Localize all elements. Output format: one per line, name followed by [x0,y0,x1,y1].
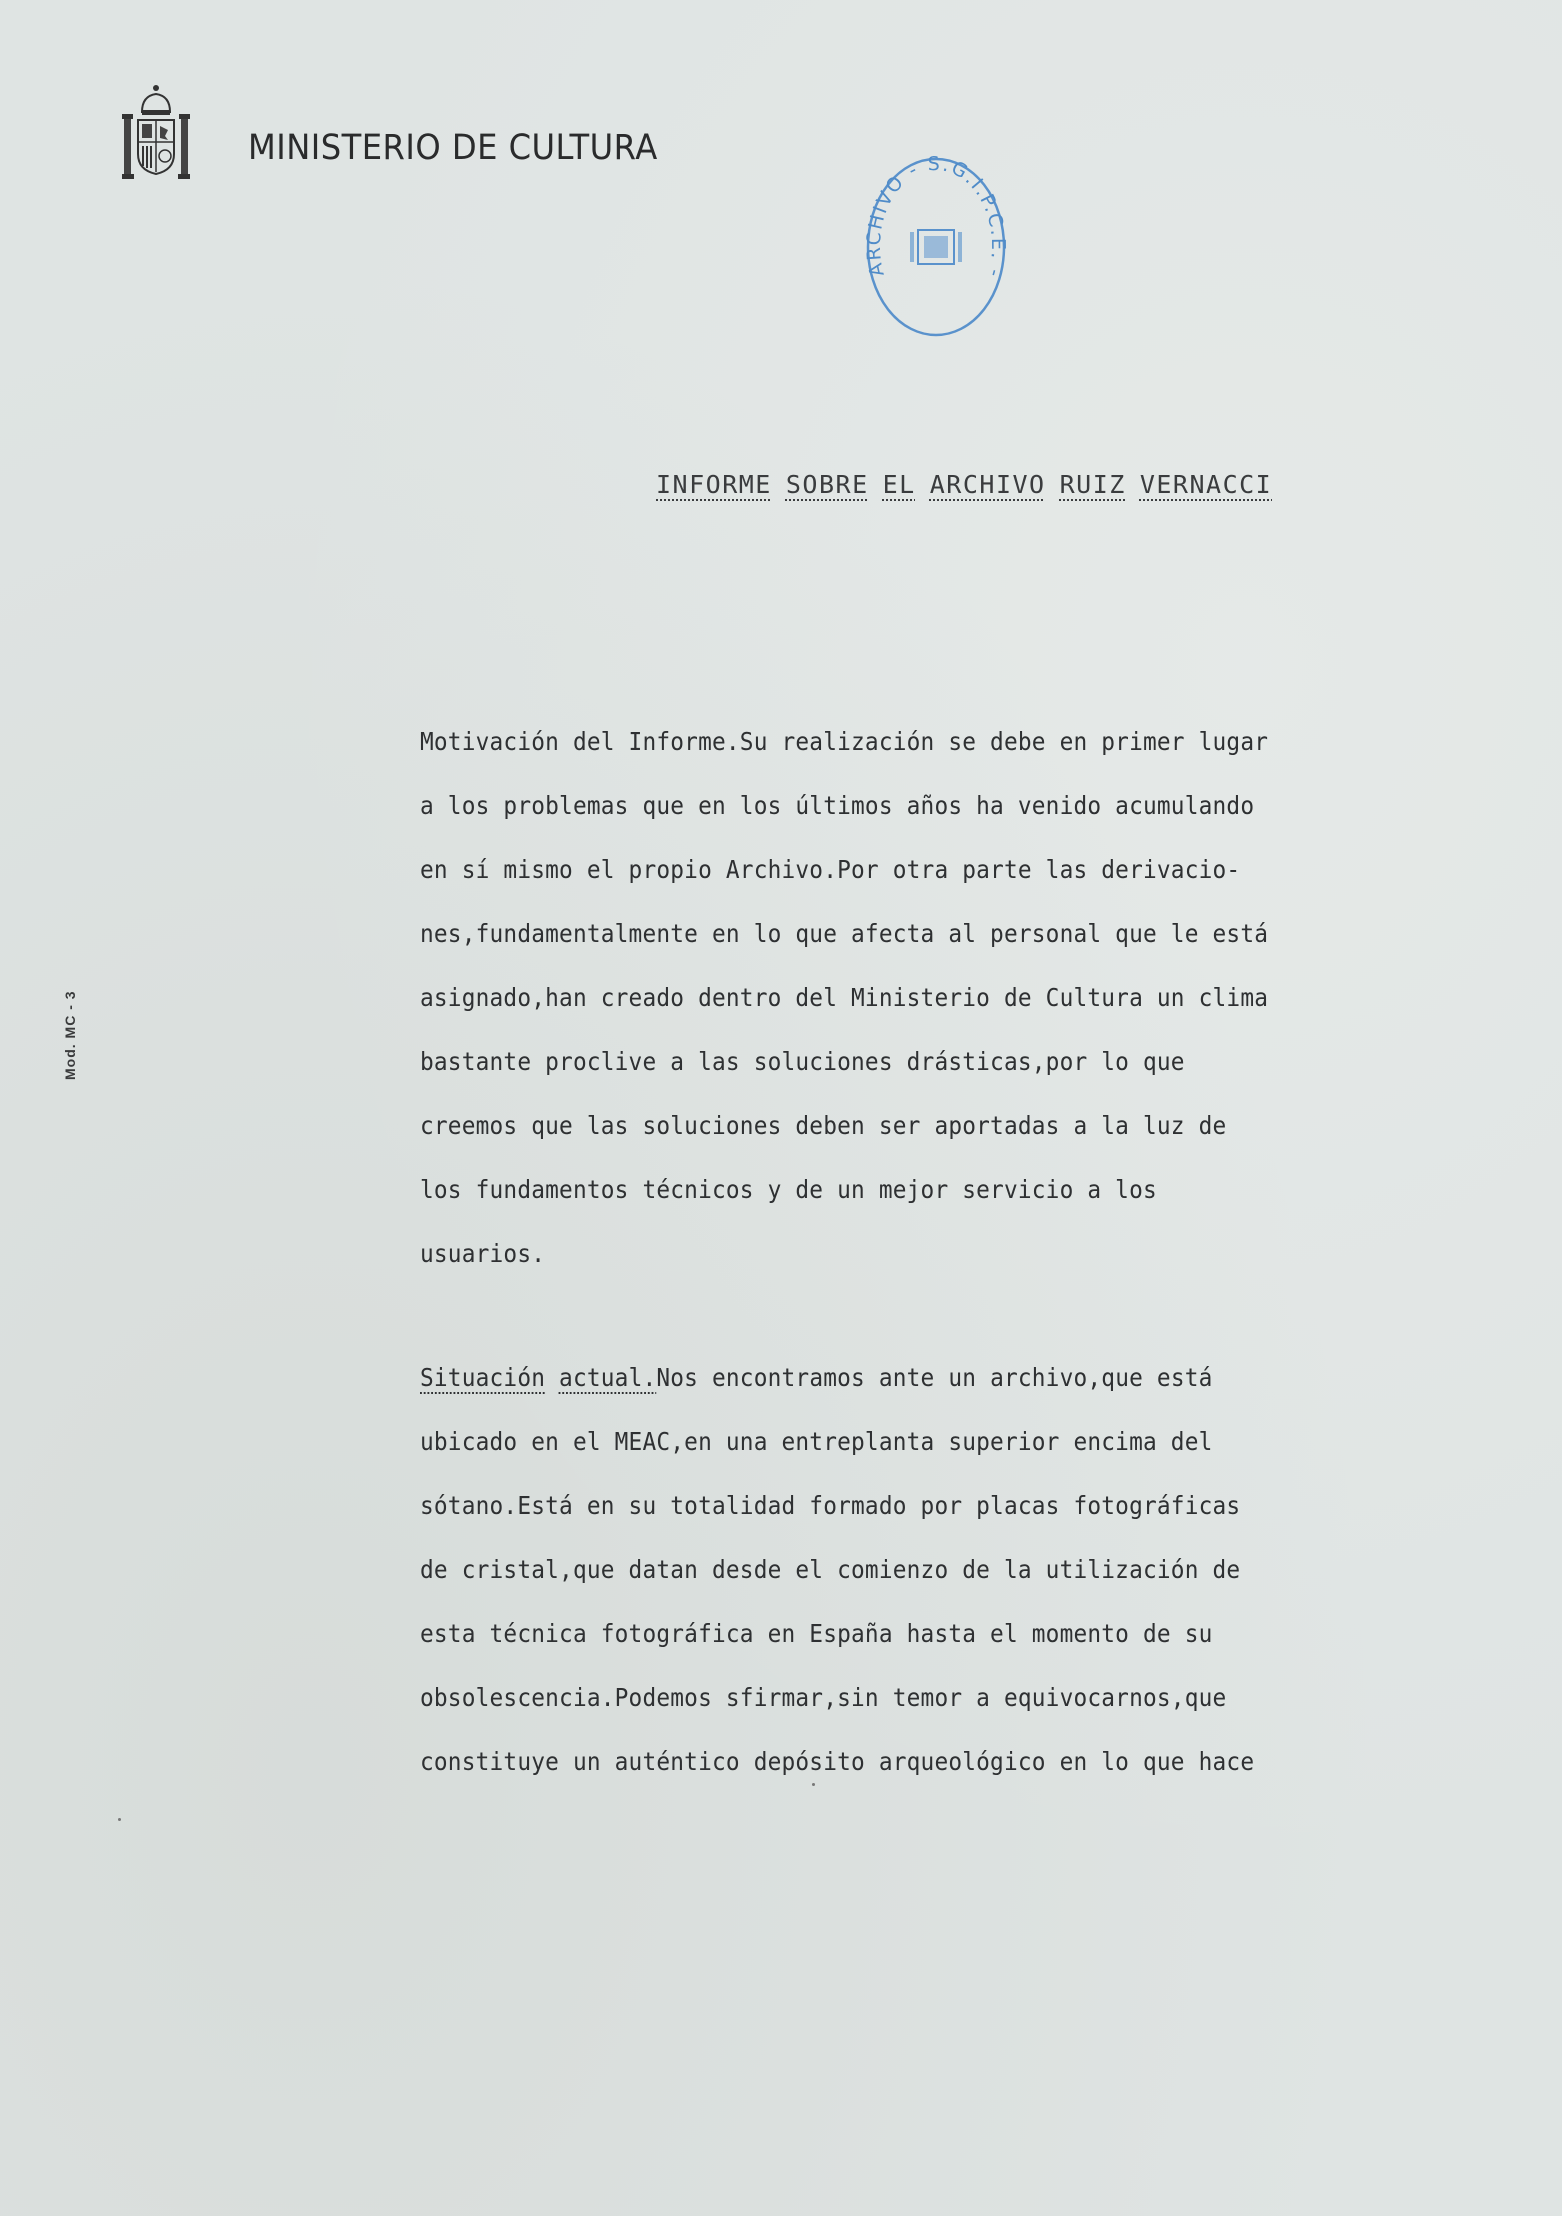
text-line: los fundamentos técnicos y de un mejor s… [420,1158,1331,1222]
text-line: constituye un auténtico depósito arqueol… [420,1730,1331,1794]
text-line: obsolescencia.Podemos sfirmar,sin temor … [420,1666,1331,1730]
title-word: RUIZ [1060,470,1126,499]
paragraph-situacion-actual: Situación actual.Nos encontramos ante un… [420,1346,1331,1794]
spanish-coat-of-arms-icon [118,82,194,182]
ministry-name: MINISTERIO DE CULTURA [248,128,658,168]
paper-speck [812,1783,815,1786]
text-line: usuarios. [420,1222,1331,1286]
text-line: en sí mismo el propio Archivo.Por otra p… [420,838,1331,902]
text-fragment: Nos encontramos ante un archivo,que está [656,1363,1212,1392]
text-line: sótano.Está en su totalidad formado por … [420,1474,1331,1538]
title-word: SOBRE [786,470,869,499]
paragraph-motivacion: Motivación del Informe.Su realización se… [420,710,1331,1286]
text-line: creemos que las soluciones deben ser apo… [420,1094,1331,1158]
document-page: MINISTERIO DE CULTURA ARCHIVO - S.G.I.P.… [0,0,1562,2216]
text-line: asignado,han creado dentro del Ministeri… [420,966,1331,1030]
text-line: Situación actual.Nos encontramos ante un… [420,1346,1331,1410]
document-title: INFORMESOBREELARCHIVORUIZVERNACCI [656,470,1286,499]
svg-text:ARCHIVO - S.G.I.P.C.E. -: ARCHIVO - S.G.I.P.C.E. - [863,153,1009,281]
text-line: bastante proclive a las soluciones drást… [420,1030,1331,1094]
title-word: EL [883,470,916,499]
text-line: ubicado en el MEAC,en una entreplanta su… [420,1410,1331,1474]
text-line: Motivación del Informe.Su realización se… [420,710,1331,774]
title-word: INFORME [656,470,772,499]
text-line: a los problemas que en los últimos años … [420,774,1331,838]
paper-speck [118,1818,121,1821]
text-line: esta técnica fotográfica en España hasta… [420,1602,1331,1666]
archive-stamp-icon: ARCHIVO - S.G.I.P.C.E. - [862,152,1010,342]
text-line: de cristal,que datan desde el comienzo d… [420,1538,1331,1602]
title-word: ARCHIVO [930,470,1046,499]
section-heading-word: Situación [420,1363,545,1392]
text-line: nes,fundamentalmente en lo que afecta al… [420,902,1331,966]
form-code: Mod. MC - 3 [62,990,78,1080]
section-heading-word: actual. [559,1363,656,1392]
title-word: VERNACCI [1140,470,1272,499]
